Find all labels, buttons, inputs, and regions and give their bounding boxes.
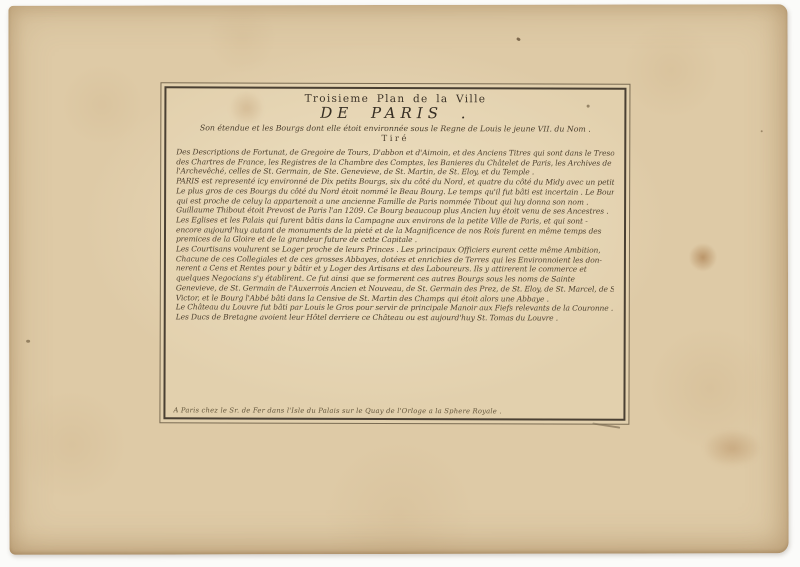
body-text: Des Descriptions de Fortunat, de Gregoir… <box>174 147 617 323</box>
engraved-plate-frame: Troisieme Plan de la Ville DE PARIS . So… <box>159 82 630 424</box>
ink-speck <box>516 37 521 42</box>
paper-stain <box>701 428 763 468</box>
publisher-imprint: A Paris chez le Sr. de Fer dans l'Isle d… <box>173 406 501 415</box>
body-line: Les Ducs de Bretagne avoient leur Hôtel … <box>176 312 614 323</box>
ink-speck <box>26 340 30 343</box>
photo-backdrop: Troisieme Plan de la Ville DE PARIS . So… <box>0 0 800 567</box>
ink-speck <box>761 130 763 132</box>
tire-label: Tiré <box>174 134 616 144</box>
engraved-plate: Troisieme Plan de la Ville DE PARIS . So… <box>163 86 626 420</box>
paper-stain <box>687 242 719 272</box>
page-title: DE PARIS . <box>174 104 616 122</box>
subtitle: Son étendue et les Bourgs dont elle étoi… <box>174 123 616 134</box>
paper-sheet: Troisieme Plan de la Ville DE PARIS . So… <box>8 4 788 555</box>
